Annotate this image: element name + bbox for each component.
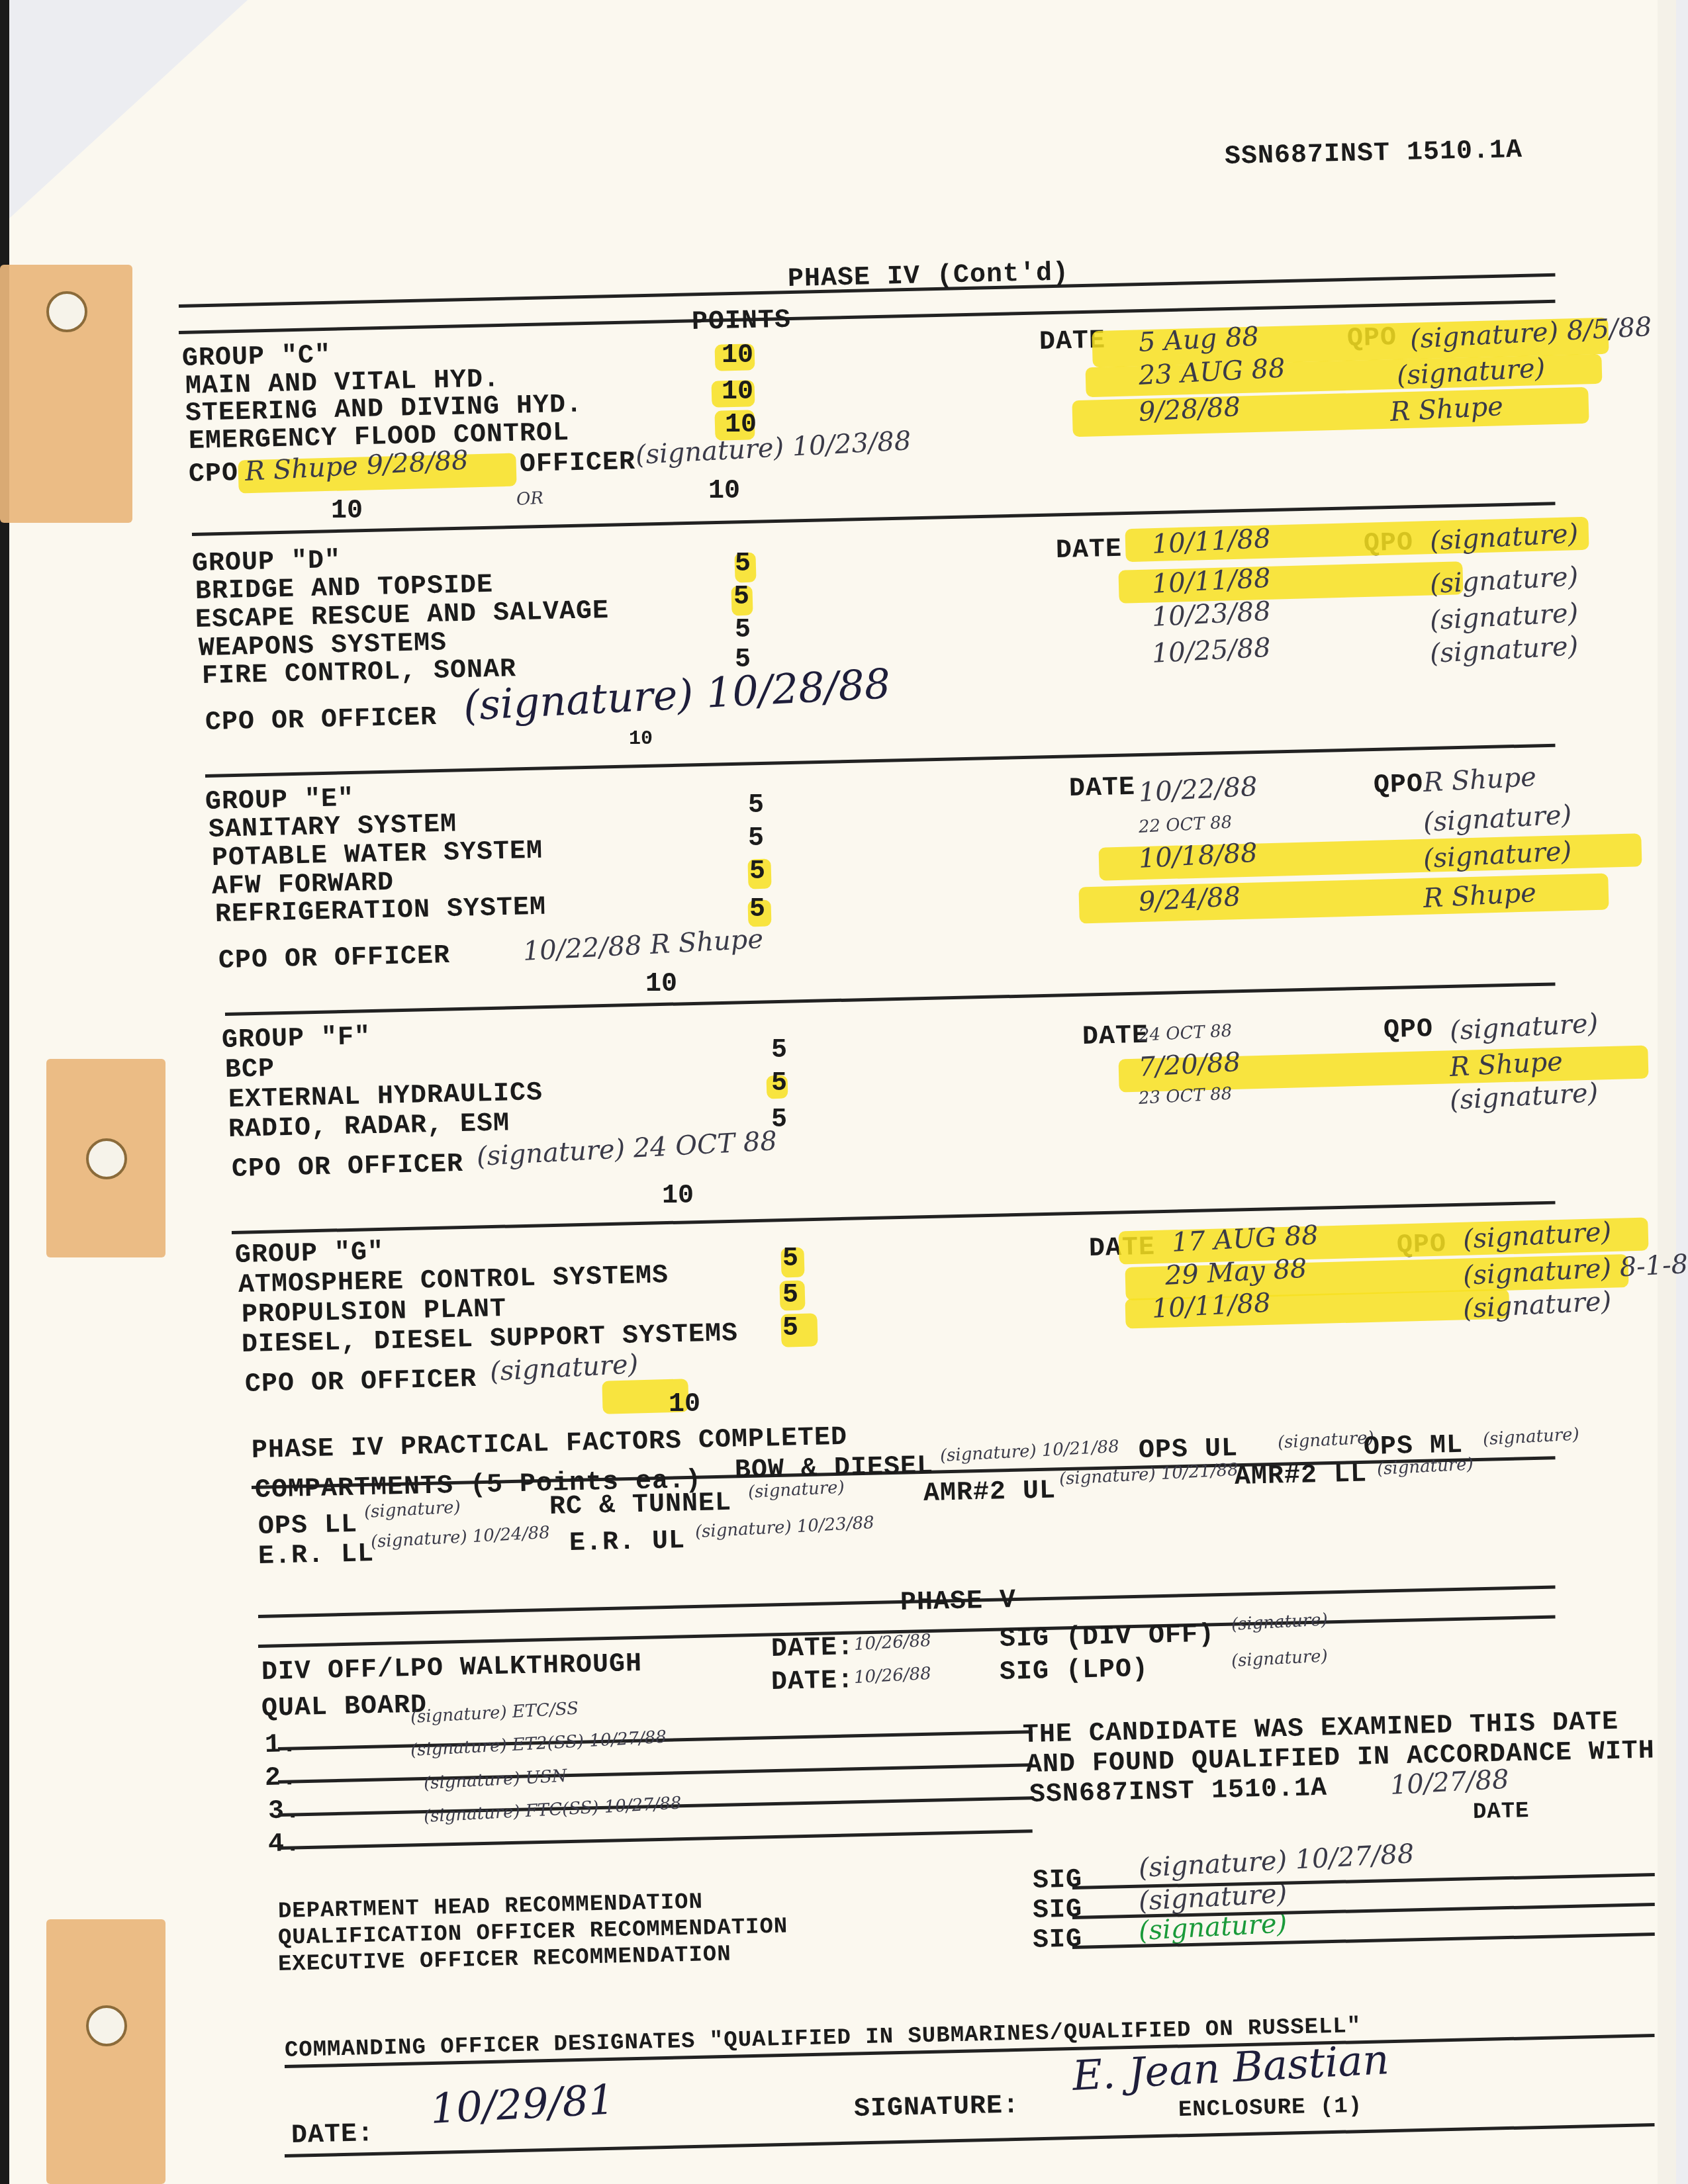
pf-label-er-ll: E.R. LL	[258, 1539, 374, 1572]
group-f-qpo-2[interactable]: R Shupe	[1449, 1046, 1564, 1083]
group-g-date-3[interactable]: 10/11/88	[1151, 1288, 1272, 1324]
qpo-label: QPO	[1373, 770, 1423, 801]
date-label: DATE	[1055, 535, 1122, 566]
phase4-title: PHASE IV (Cont'd)	[787, 258, 1069, 295]
group-f-title: GROUP "F"	[221, 1023, 371, 1056]
group-d-cpo-points: 10	[629, 728, 653, 751]
sig-lpo-label: SIG (LPO)	[999, 1655, 1149, 1688]
phase5-title: PHASE V	[900, 1586, 1016, 1618]
sig-label-2: SIG	[1032, 1895, 1082, 1926]
walkthrough-date-1[interactable]: 10/26/88	[853, 1631, 931, 1655]
group-g-points-3: 5	[782, 1314, 798, 1343]
sig-label-1: SIG	[1032, 1865, 1082, 1896]
group-f-cpo-label: CPO OR OFFICER	[231, 1150, 463, 1185]
group-e-cpo-label: CPO OR OFFICER	[218, 941, 450, 976]
group-g-points-1: 5	[782, 1244, 798, 1274]
group-e-points-3: 5	[749, 857, 765, 887]
group-d-points-2: 5	[733, 582, 749, 612]
group-g-title: GROUP "G"	[234, 1238, 384, 1271]
binder-hole-bottom	[86, 2005, 127, 2046]
pf-label-amr2-ll: AMR#2 LL	[1234, 1459, 1367, 1492]
group-f-date-2[interactable]: 7/20/88	[1138, 1047, 1241, 1083]
group-c-points-2: 10	[722, 377, 753, 407]
group-c-cpo-points: 10	[331, 496, 363, 526]
qual-board-label: QUAL BOARD	[261, 1690, 427, 1724]
walkthrough-date-label-1: DATE:	[771, 1633, 854, 1664]
group-g-points-2: 5	[782, 1281, 798, 1310]
group-d-date-2[interactable]: 10/11/88	[1151, 563, 1272, 600]
group-c-officer-label: OFFICER	[519, 447, 635, 480]
walkthrough-date-label-2: DATE:	[771, 1666, 854, 1698]
points-header: POINTS	[691, 306, 791, 338]
group-e-date-1[interactable]: 10/22/88	[1138, 772, 1258, 808]
group-f-item-3: RADIO, RADAR, ESM	[228, 1109, 510, 1145]
group-d-date-1[interactable]: 10/11/88	[1151, 523, 1272, 560]
group-f-points-2: 5	[771, 1069, 787, 1099]
group-d-points-3: 5	[735, 615, 751, 645]
group-e-points-1: 5	[748, 791, 764, 821]
final-date-label: DATE:	[291, 2119, 374, 2151]
pf-label-ops-ll: OPS LL	[258, 1510, 357, 1542]
group-c-date-1[interactable]: 5 Aug 88	[1138, 322, 1260, 358]
exam-date-label: DATE	[1473, 1799, 1530, 1825]
qual-board-num-4: 4.	[267, 1829, 301, 1860]
group-e-date-4[interactable]: 9/24/88	[1138, 882, 1241, 917]
exam-date[interactable]: 10/27/88	[1389, 1764, 1510, 1801]
pf-label-amr2-ul: AMR#2 UL	[923, 1476, 1056, 1509]
tape-bottom	[46, 1919, 165, 2184]
qpo-label: QPO	[1383, 1015, 1433, 1046]
group-d-date-3[interactable]: 10/23/88	[1151, 596, 1272, 633]
group-e-date-3[interactable]: 10/18/88	[1138, 838, 1258, 874]
sig-div-off-label: SIG (DIV OFF)	[999, 1620, 1215, 1655]
group-d-cpo-label: CPO OR OFFICER	[205, 703, 437, 738]
or-label: OR	[516, 488, 543, 510]
qual-board-num-1: 1.	[264, 1730, 298, 1760]
group-e-cpo-points: 10	[645, 970, 677, 999]
group-e-qpo-1[interactable]: R Shupe	[1423, 762, 1537, 798]
final-date[interactable]: 10/29/81	[429, 2075, 616, 2132]
enclosure-label: ENCLOSURE (1)	[1178, 2094, 1363, 2123]
group-c-points-1: 10	[722, 341, 753, 371]
pf-label-rc-tunnel: RC & TUNNEL	[549, 1488, 731, 1522]
pf-label-er-ul: E.R. UL	[569, 1526, 685, 1559]
date-label: DATE	[1068, 773, 1135, 804]
walkthrough-date-2[interactable]: 10/26/88	[853, 1664, 931, 1688]
group-f-cpo-points: 10	[662, 1181, 694, 1211]
binder-hole-top	[46, 291, 87, 332]
group-e-qpo-4[interactable]: R Shupe	[1423, 878, 1537, 914]
group-c-cpo-label: CPO	[188, 459, 238, 490]
group-f-points-1: 5	[771, 1036, 787, 1066]
group-c-qpo-3[interactable]: R Shupe	[1389, 391, 1504, 428]
group-e-points-4: 5	[749, 895, 765, 925]
binder-hole-middle	[86, 1138, 127, 1179]
group-f-item-1: BCP	[224, 1054, 275, 1085]
group-c-officer-points: 10	[708, 477, 740, 506]
sig-label-3: SIG	[1032, 1925, 1082, 1956]
group-d-points-1: 5	[735, 549, 751, 579]
group-g-cpo-points: 10	[669, 1390, 700, 1420]
qual-board-num-2: 2.	[264, 1763, 298, 1794]
group-d-date-4[interactable]: 10/25/88	[1151, 633, 1272, 669]
group-c-date-3[interactable]: 9/28/88	[1138, 392, 1241, 428]
signature-label: SIGNATURE:	[853, 2091, 1019, 2124]
group-e-points-2: 5	[748, 824, 764, 854]
qual-board-num-3: 3.	[267, 1796, 301, 1827]
group-g-cpo-label: CPO OR OFFICER	[244, 1365, 477, 1400]
